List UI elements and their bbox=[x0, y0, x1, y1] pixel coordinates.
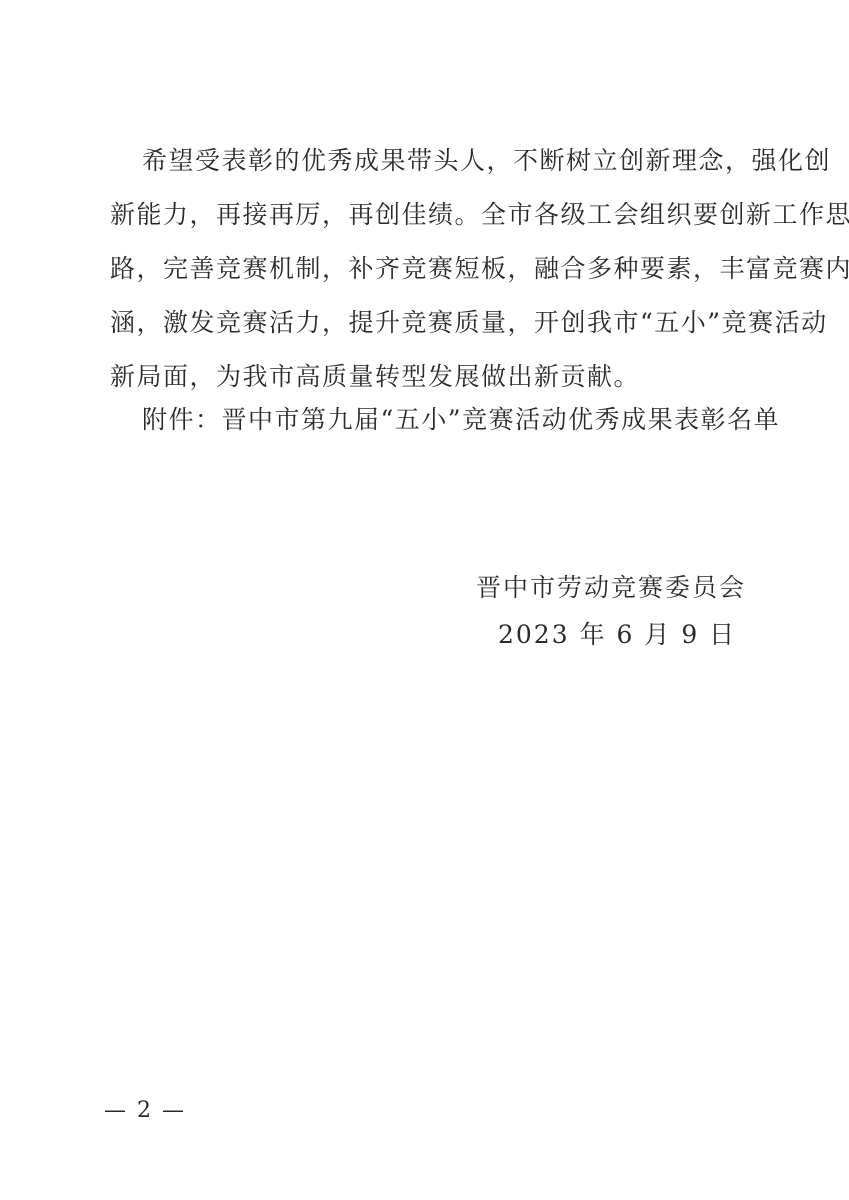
body-paragraph-line-3: 路，完善竞赛机制，补齐竞赛短板，融合多种要素，丰富竞赛内 bbox=[110, 254, 849, 284]
signature-date: 2023 年 6 月 9 日 bbox=[498, 620, 736, 650]
body-paragraph-line-1: 希望受表彰的优秀成果带头人，不断树立创新理念，强化创 bbox=[142, 146, 831, 176]
body-paragraph-line-4: 涵，激发竞赛活力，提升竞赛质量，开创我市“五小”竞赛活动 bbox=[110, 308, 828, 338]
attachment-note: 附件：晋中市第九届“五小”竞赛活动优秀成果表彰名单 bbox=[142, 405, 780, 435]
body-paragraph-line-5: 新局面，为我市高质量转型发展做出新贡献。 bbox=[110, 362, 640, 392]
body-paragraph-line-2: 新能力，再接再厉，再创佳绩。全市各级工会组织要创新工作思 bbox=[110, 200, 849, 230]
signature-organization: 晋中市劳动竞赛委员会 bbox=[476, 573, 746, 603]
page-number: — 2 — bbox=[104, 1098, 186, 1124]
